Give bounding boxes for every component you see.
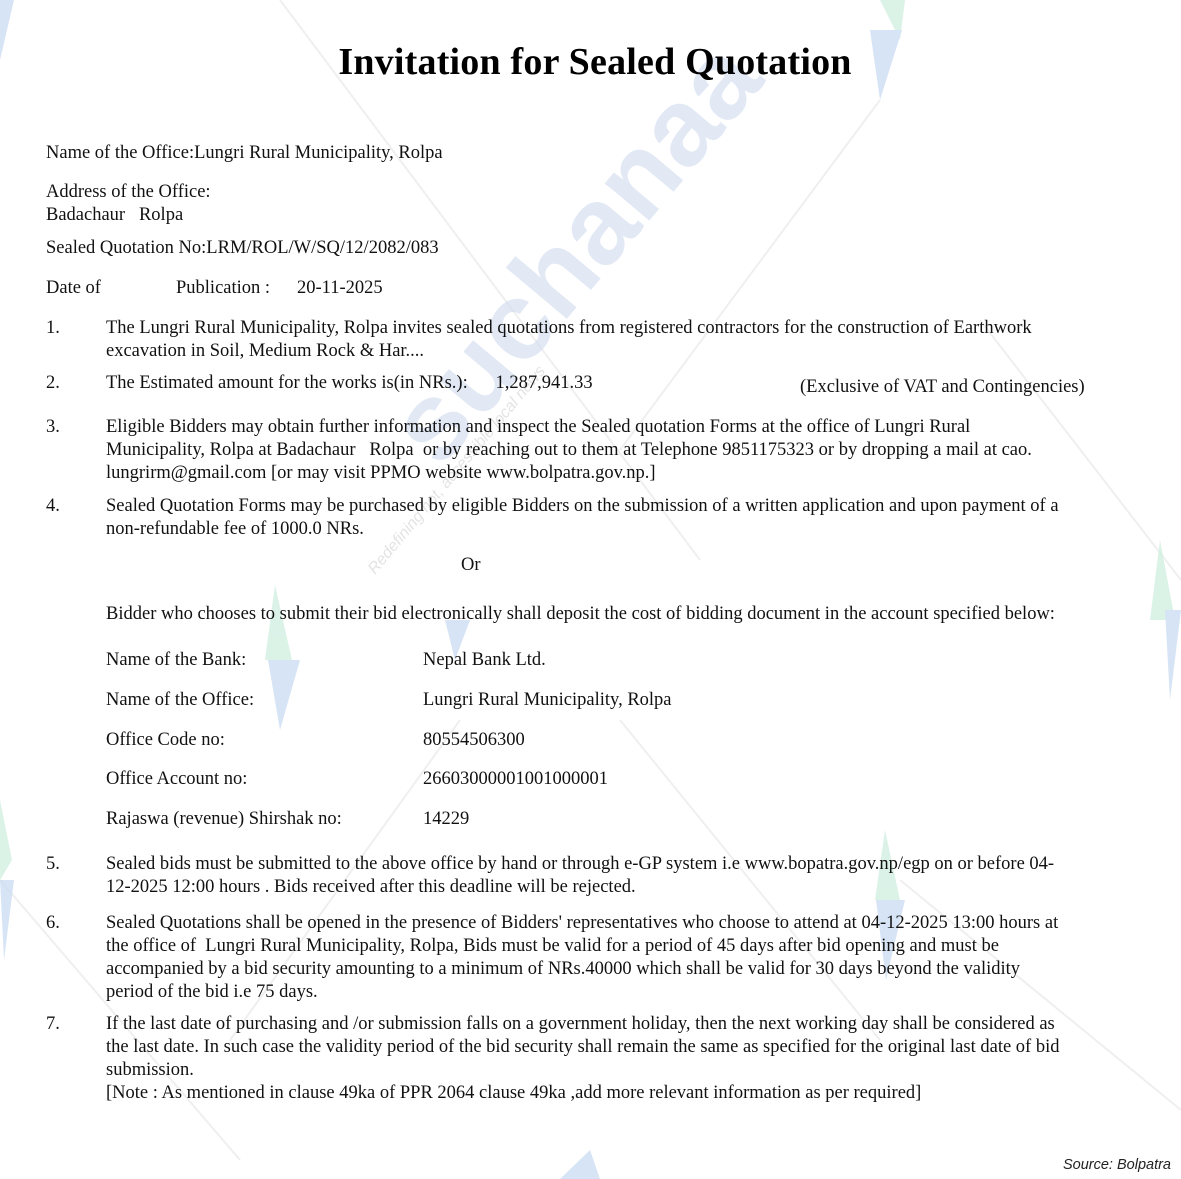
or-separator: Or xyxy=(461,555,481,576)
clause-text: submission. xyxy=(106,1059,1136,1082)
clause-text: Sealed bids must be submitted to the abo… xyxy=(106,853,1136,876)
deposit-instruction: Bidder who chooses to submit their bid e… xyxy=(106,604,1055,625)
address-value: Badachaur Rolpa xyxy=(46,204,183,227)
clause-text: the office of Lungri Rural Municipality,… xyxy=(106,935,1136,958)
clause-text: The Lungri Rural Municipality, Rolpa inv… xyxy=(106,317,1136,340)
date-label: Date of xyxy=(46,277,101,300)
clause-text: period of the bid i.e 75 days. xyxy=(106,981,1136,1004)
clause-note: [Note : As mentioned in clause 49ka of P… xyxy=(106,1082,1136,1105)
bank-detail-value: Nepal Bank Ltd. xyxy=(423,650,546,671)
source-credit: Source: Bolpatra xyxy=(1063,1157,1171,1173)
address-label: Address of the Office: xyxy=(46,181,211,204)
clause-text: the last date. In such case the validity… xyxy=(106,1036,1136,1059)
clause-number: 5. xyxy=(46,853,60,876)
clause-text: Sealed Quotations shall be opened in the… xyxy=(106,912,1136,935)
bank-detail-value: 80554506300 xyxy=(423,730,525,751)
publication-label: Publication : xyxy=(176,277,270,300)
bank-detail-value: 26603000001001000001 xyxy=(423,769,608,790)
bank-detail-value: Lungri Rural Municipality, Rolpa xyxy=(423,690,672,711)
bank-detail-label: Name of the Bank: xyxy=(106,650,246,671)
clause-text: Eligible Bidders may obtain further info… xyxy=(106,416,1136,439)
clause-text: accompanied by a bid security amounting … xyxy=(106,958,1136,981)
quotation-notice: Invitation for Sealed Quotation Name of … xyxy=(0,0,1181,1179)
clause-number: 6. xyxy=(46,912,60,935)
bank-detail-label: Office Account no: xyxy=(106,769,247,790)
clause-number: 7. xyxy=(46,1013,60,1036)
publication-date: 20-11-2025 xyxy=(297,277,383,300)
bank-detail-label: Name of the Office: xyxy=(106,690,254,711)
clause-text: excavation in Soil, Medium Rock & Har...… xyxy=(106,340,1136,363)
clause-text: Sealed Quotation Forms may be purchased … xyxy=(106,495,1136,518)
clause-number: 2. xyxy=(46,372,60,395)
quotation-number: Sealed Quotation No:LRM/ROL/W/SQ/12/2082… xyxy=(46,237,439,260)
bank-detail-label: Office Code no: xyxy=(106,730,225,751)
office-name-line: Name of the Office:Lungri Rural Municipa… xyxy=(46,142,443,165)
clause-number: 3. xyxy=(46,416,60,439)
clause-text: If the last date of purchasing and /or s… xyxy=(106,1013,1136,1036)
bank-detail-label: Rajaswa (revenue) Shirshak no: xyxy=(106,809,342,830)
clause-text: lungrirm@gmail.com [or may visit PPMO we… xyxy=(106,462,1136,485)
clause-text: Municipality, Rolpa at Badachaur Rolpa o… xyxy=(106,439,1136,462)
clause-number: 4. xyxy=(46,495,60,518)
clause-text: non-refundable fee of 1000.0 NRs. xyxy=(106,518,1136,541)
bank-detail-value: 14229 xyxy=(423,809,469,830)
vat-note: (Exclusive of VAT and Contingencies) xyxy=(800,377,1085,398)
page-title: Invitation for Sealed Quotation xyxy=(0,40,1181,84)
clause-text: 12-2025 12:00 hours . Bids received afte… xyxy=(106,876,1136,899)
clause-number: 1. xyxy=(46,317,60,340)
